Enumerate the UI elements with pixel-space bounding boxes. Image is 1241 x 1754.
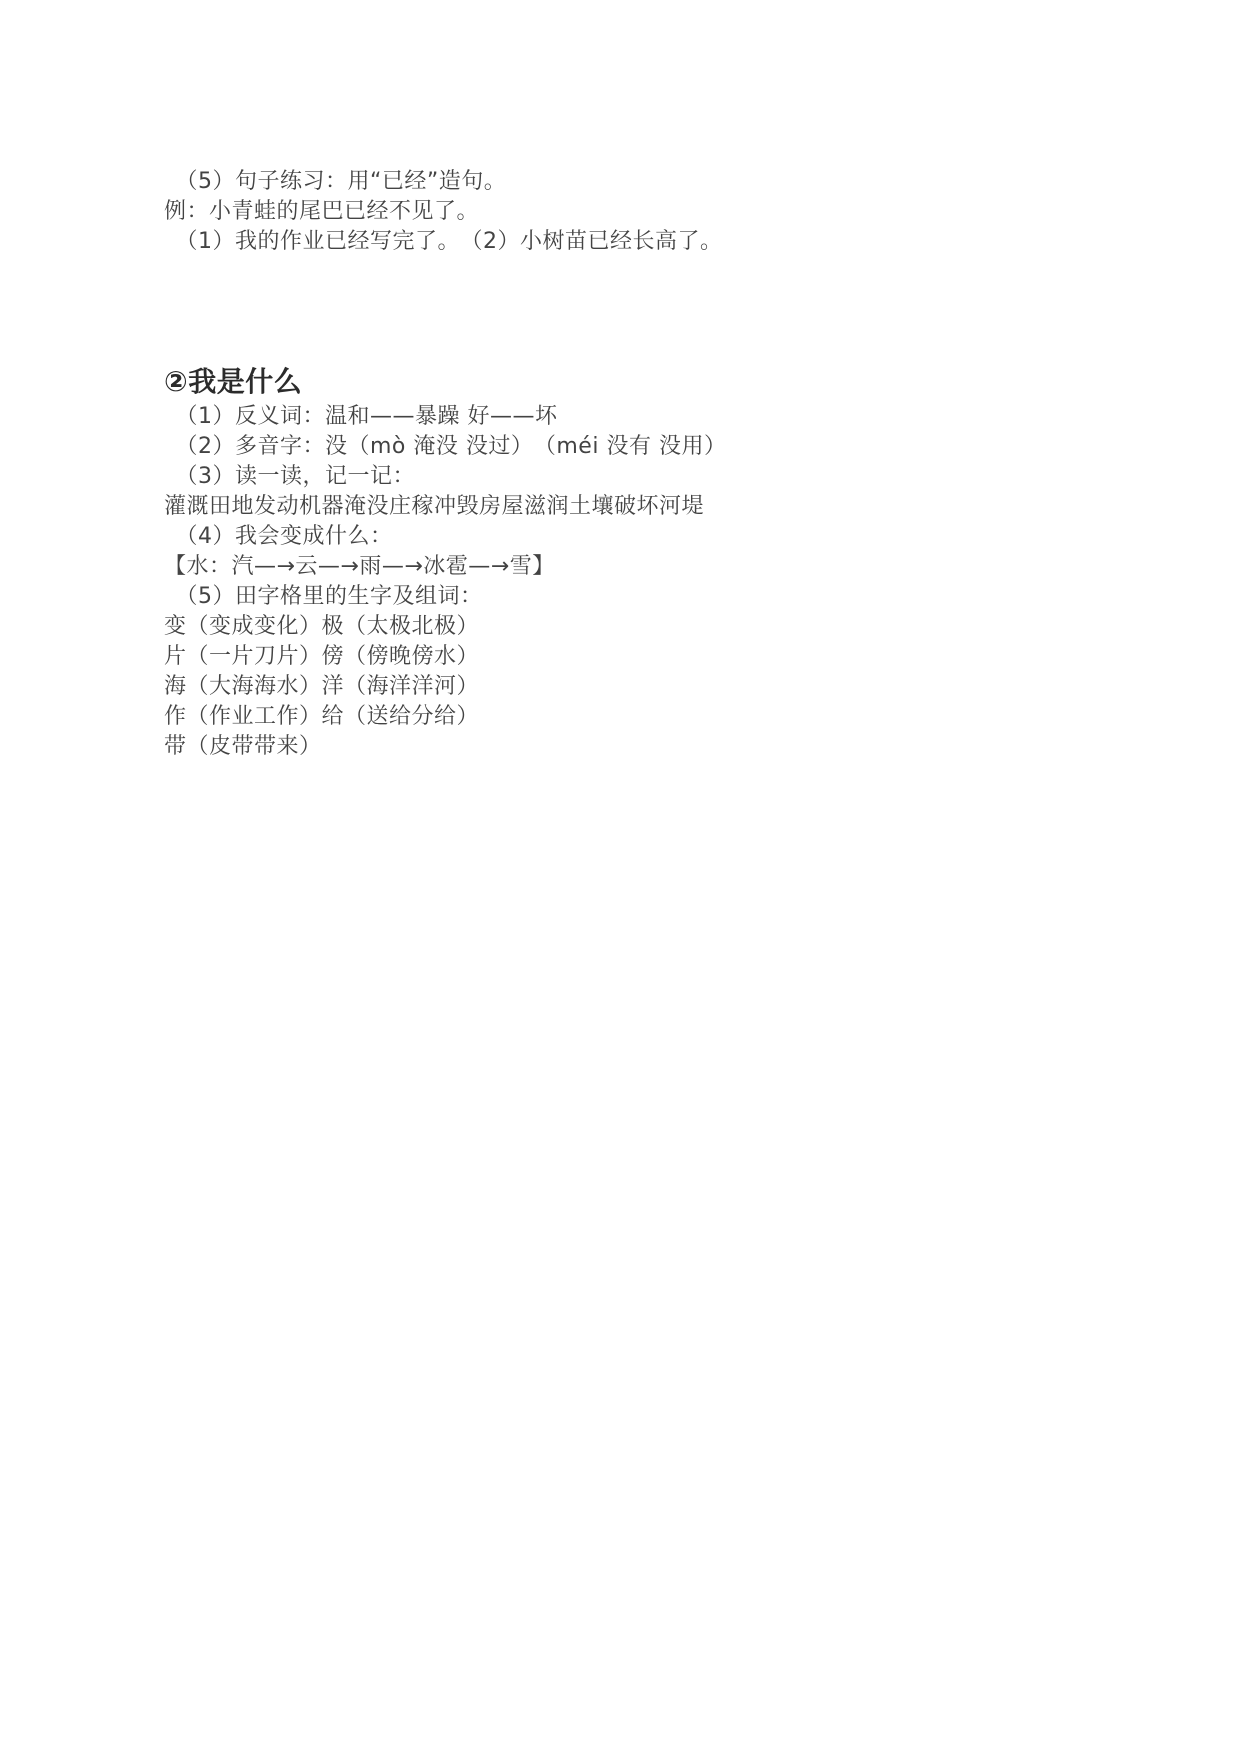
read-and-remember-label: （3）读一读，记一记：	[164, 462, 1151, 492]
practice-answers-line: （1）我的作业已经写完了。 （2）小树苗已经长高了。	[164, 227, 1151, 257]
word-group-line-1: 变（变成变化）极（太极北极）	[164, 612, 1151, 642]
polyphonic-word-line: （2）多音字：没（mò 淹没 没过） （méi 没有 没用）	[164, 432, 1151, 462]
word-group-line-2: 片（一片刀片）傍（傍晚傍水）	[164, 642, 1151, 672]
example-sentence-line: 例：小青蛙的尾巴已经不见了。	[164, 197, 1151, 227]
tianzige-characters-label: （5）田字格里的生字及组词：	[164, 582, 1151, 612]
word-group-line-3: 海（大海海水）洋（海洋洋河）	[164, 672, 1151, 702]
lesson-2-heading: ②我是什么	[164, 362, 1151, 402]
antonyms-line: （1）反义词：温和——暴躁 好——坏	[164, 402, 1151, 432]
what-will-i-become-label: （4）我会变成什么：	[164, 522, 1151, 552]
document-content: （5）句子练习：用“已经”造句。 例：小青蛙的尾巴已经不见了。 （1）我的作业已…	[0, 0, 1241, 762]
read-and-remember-words: 灌溉田地发动机器淹没庄稼冲毁房屋滋润土壤破坏河堤	[164, 492, 1151, 522]
word-group-line-5: 带（皮带带来）	[164, 732, 1151, 762]
word-group-line-4: 作（作业工作）给（送给分给）	[164, 702, 1151, 732]
sentence-practice-line: （5）句子练习：用“已经”造句。	[164, 167, 1151, 197]
document-page: （5）句子练习：用“已经”造句。 例：小青蛙的尾巴已经不见了。 （1）我的作业已…	[0, 0, 1241, 1754]
water-transformation-sequence: 【水：汽—→云—→雨—→冰雹—→雪】	[164, 552, 1151, 582]
